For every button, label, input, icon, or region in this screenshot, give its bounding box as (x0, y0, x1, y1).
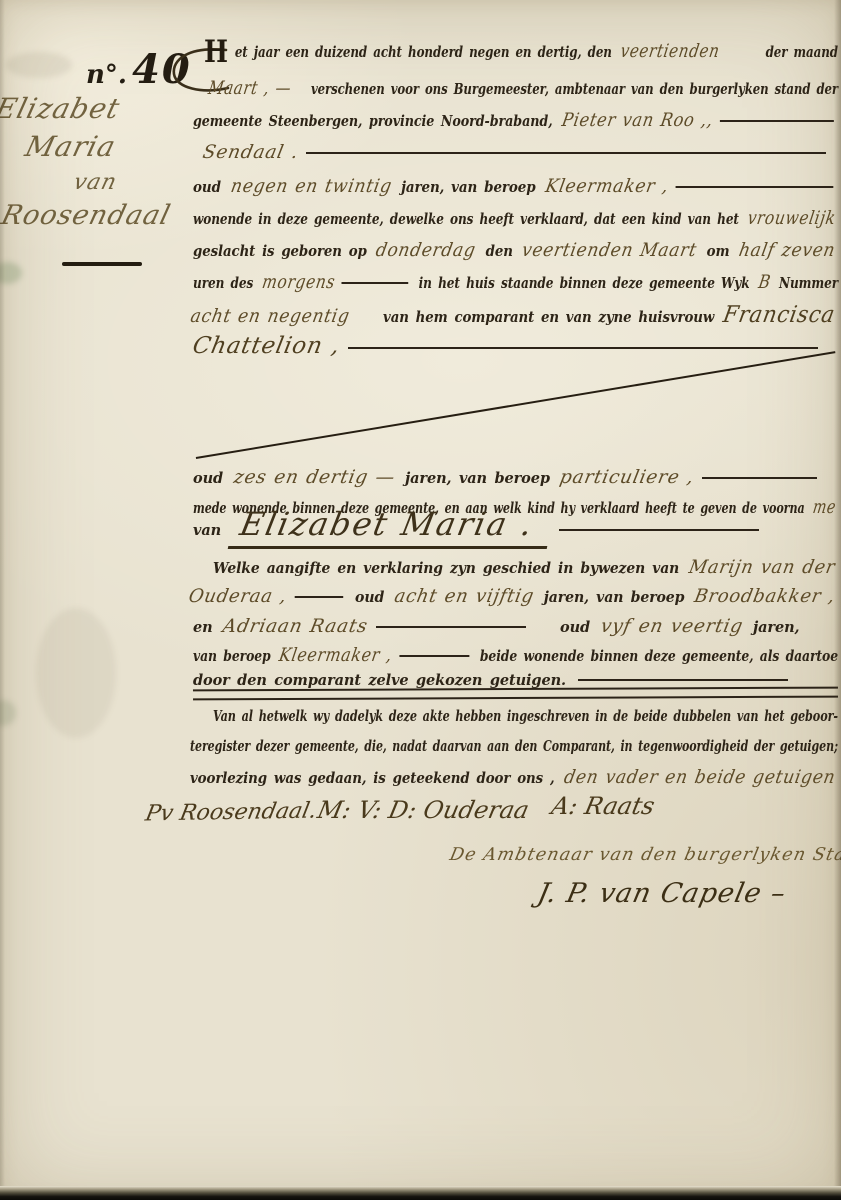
act-line: voorlezing was gedaan, is geteekend door… (190, 767, 838, 788)
handwritten-text: veertienden (619, 41, 721, 62)
handwritten-text: Sendaal . (201, 142, 300, 163)
fill-rule (559, 529, 759, 531)
fill-rule (348, 347, 818, 349)
act-line: Welke aangifte en verklaring zyn geschie… (213, 557, 838, 578)
act-line: Van al hetwelk wy dadelyk deze akte hebb… (213, 708, 838, 726)
printed-text: jaren, (746, 619, 800, 636)
printed-text: en (193, 619, 220, 636)
handwritten-text: B (757, 272, 772, 293)
signature-witness-2: A: Raats (549, 792, 657, 820)
act-line: oud zes en dertig — jaren, van beroep pa… (193, 467, 822, 488)
act-line: H et jaar een duizend acht honderd negen… (204, 40, 838, 65)
signature-witness-1: M: V: D: Ouderaa (315, 796, 532, 824)
act-line: Maart , — verschenen voor ons Burgemeest… (206, 78, 838, 99)
printed-text: et jaar een duizend acht honderd negen e… (229, 44, 618, 61)
drop-capital: H (204, 34, 228, 70)
printed-text: oud (193, 470, 231, 487)
fill-rule (702, 477, 817, 479)
act-line: Sendaal . (200, 142, 831, 163)
margin-child-name: Roosendaal (0, 200, 174, 231)
handwritten-text: Francisca (721, 302, 837, 328)
handwritten-text: Adriaan Raats (221, 616, 370, 637)
margin-child-name: Elizabet (0, 92, 124, 125)
fill-rule (376, 626, 526, 628)
printed-text: oud (348, 589, 392, 606)
printed-text: Nummer (773, 275, 838, 292)
handwritten-text: veertienden Maart (521, 240, 699, 261)
printed-text: oud (193, 179, 228, 196)
handwritten-text: vyf en veertig (599, 616, 745, 637)
handwritten-text: donderdag (374, 240, 477, 261)
printed-text: wonende in deze gemeente, dewelke ons he… (193, 211, 745, 228)
margin-child-name: van (71, 170, 120, 195)
act-line: geslacht is geboren op donderdag den vee… (193, 240, 838, 261)
printed-text: jaren, van beroep (537, 589, 692, 606)
handwritten-text: morgens (260, 272, 336, 293)
birth-record-page: n°. 40 Elizabet Maria van Roosendaal H e… (0, 0, 841, 1200)
bleedthrough-smudge (6, 52, 72, 78)
act-line: oud negen en twintig jaren, van beroep K… (193, 176, 838, 197)
handwritten-text: zes en dertig — (231, 467, 396, 488)
handwritten-text: acht en vijftig (392, 586, 535, 607)
closing-double-rule (193, 687, 838, 701)
printed-text: in het huis staande binnen deze gemeente… (412, 275, 755, 292)
printed-text: gemeente Steenbergen, provincie Noord-br… (193, 113, 559, 130)
printed-text: om (700, 243, 737, 260)
signature-registrar: J. P. van Capele – (535, 878, 789, 909)
printed-text: uren des (193, 275, 259, 292)
printed-text: beide wonende binnen deze gemeente, als … (473, 648, 838, 665)
signature-father: Pv Roosendaal. (143, 799, 319, 827)
fill-rule (578, 679, 788, 681)
printed-text: door den comparant zelve gekozen getuige… (193, 672, 573, 689)
handwritten-text: Pieter van Roo ,, (560, 110, 715, 131)
act-line: gemeente Steenbergen, provincie Noord-br… (193, 110, 838, 131)
printed-text: voorlezing was gedaan, is geteekend door… (190, 770, 561, 787)
act-line: teregister dezer gemeente, die, nadat da… (190, 738, 838, 756)
margin-child-name: Maria (22, 130, 120, 163)
handwritten-text: Marijn van der (687, 557, 837, 578)
printed-text: Welke aangifte en verklaring zyn geschie… (213, 560, 686, 577)
act-line: Chattelion , (190, 333, 823, 359)
printed-text: teregister dezer gemeente, die, nadat da… (190, 738, 838, 755)
printed-text: jaren, van beroep (398, 470, 558, 487)
act-line: wonende in deze gemeente, dewelke ons he… (193, 208, 838, 229)
act-line: van beroep Kleermaker , beide wonende bi… (193, 645, 838, 666)
fill-rule (306, 152, 826, 154)
handwritten-text: Chattelion , (190, 333, 342, 359)
printed-text: van hem comparant en van zyne huisvrouw (376, 309, 721, 326)
act-line: van Elizabet Maria . (193, 505, 764, 549)
page-left-edge (0, 0, 5, 1200)
handwritten-text: vrouwelijk (746, 208, 837, 229)
handwritten-text: Broodbakker , (693, 586, 838, 607)
handwritten-text: negen en twintig (229, 176, 394, 197)
fill-rule (399, 655, 469, 657)
printed-text: verschenen voor ons Burgemeester, ambten… (305, 81, 838, 98)
handwritten-text: Elizabet Maria . (227, 505, 555, 549)
handwritten-text: Kleermaker , (543, 176, 670, 197)
handwritten-text: den vader en beide getuigen (562, 767, 837, 788)
act-line: acht en negentig van hem comparant en va… (188, 302, 838, 328)
handwritten-text: half zeven (737, 240, 837, 261)
printed-text: jaren, van beroep (394, 179, 542, 196)
fill-rule (342, 282, 409, 284)
act-number-label: n°. (86, 60, 127, 90)
bleedthrough-smudge (36, 608, 116, 738)
act-line: uren des morgens in het huis staande bin… (193, 272, 838, 293)
act-line: en Adriaan Raats oud vyf en veertig jare… (193, 616, 799, 637)
handwritten-text: acht en negentig (189, 306, 352, 327)
handwritten-text: Maart , — (207, 78, 293, 99)
fill-rule (720, 120, 834, 122)
handwritten-text: Kleermaker , (278, 645, 394, 666)
officer-title: De Ambtenaar van den burgerlyken Stand , (448, 845, 841, 865)
printed-text: der maand (759, 44, 838, 61)
printed-text: Van al hetwelk wy dadelyk deze akte hebb… (213, 708, 838, 725)
printed-text: van beroep (193, 648, 277, 665)
printed-text: oud (553, 619, 598, 636)
printed-text: van (193, 522, 229, 539)
margin-underline (62, 262, 142, 266)
fill-rule (676, 186, 834, 188)
printed-text: den (479, 243, 520, 260)
fill-rule (294, 596, 343, 598)
handwritten-text: Ouderaa , (187, 586, 289, 607)
page-right-edge (834, 0, 841, 1200)
page-bottom-edge (0, 1186, 841, 1200)
handwritten-text: particuliere , (558, 467, 696, 488)
act-line: Ouderaa , oud acht en vijftig jaren, van… (186, 586, 838, 607)
printed-text: geslacht is geboren op (193, 243, 374, 260)
diagonal-strike-line (196, 351, 836, 459)
